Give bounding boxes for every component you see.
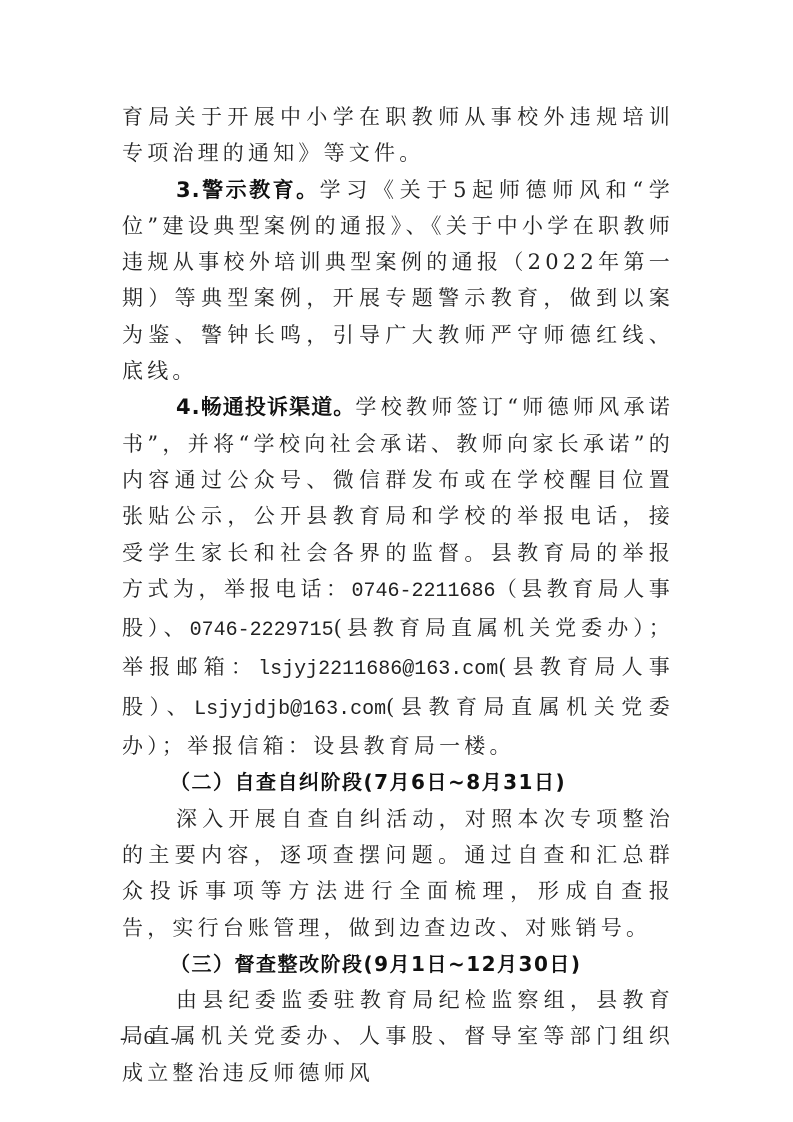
paragraph-continuation: 育局关于开展中小学在职教师从事校外违规培训专项治理的通知》等文件。 <box>122 99 674 172</box>
email-party-office: Lsjyjdjb@163.com <box>194 698 386 721</box>
paragraph-body-warning-education: 学习《关于5起师德师风和“学位”建设典型案例的通报》、《关于中小学在职教师违规从… <box>122 178 674 383</box>
paragraph-complaint-channels: 4.畅通投诉渠道。学校教师签订“师德师风承诺书”，并将“学校向社会承诺、教师向家… <box>122 389 674 764</box>
phone-number-personnel: 0746-2211686 <box>351 580 495 603</box>
phone-number-party-office: 0746-2229715 <box>190 619 334 642</box>
section-body-supervision: 由县纪委监委驻教育局纪检监察组，县教育局直属机关党委办、人事股、督导室等部门组织… <box>122 982 674 1091</box>
complaint-text-a: 学校教师签订“师德师风承诺书”，并将“学校向社会承诺、教师向家长承诺”的内容通过… <box>122 395 674 600</box>
document-page: 育局关于开展中小学在职教师从事校外违规培训专项治理的通知》等文件。 3.警示教育… <box>122 99 674 1091</box>
page-number: - 6 - <box>120 1027 183 1050</box>
section-body-self-inspection: 深入开展自查自纠活动，对照本次专项整治的主要内容，逐项查摆问题。通过自查和汇总群… <box>122 801 674 946</box>
paragraph-warning-education: 3.警示教育。学习《关于5起师德师风和“学位”建设典型案例的通报》、《关于中小学… <box>122 172 674 390</box>
paragraph-lead-complaint-channels: 4.畅通投诉渠道。 <box>176 395 355 419</box>
paragraph-lead-warning-education: 3.警示教育。 <box>176 178 320 202</box>
section-heading-self-inspection: （二）自查自纠阶段(7月6日~8月31日) <box>122 764 674 800</box>
email-personnel: lsjyj2211686@163.com <box>258 658 498 681</box>
section-heading-supervision: （三）督查整改阶段(9月1日~12月30日) <box>122 946 674 982</box>
